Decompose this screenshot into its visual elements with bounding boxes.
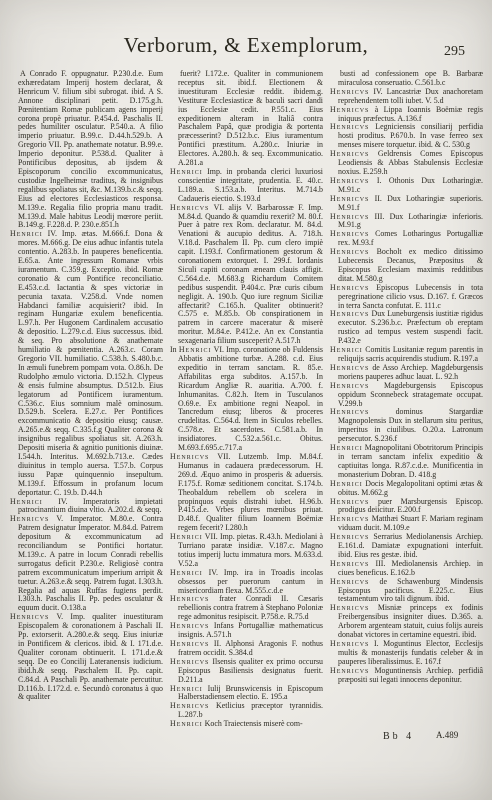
entry-headword: Henricvs (170, 621, 209, 630)
entry-headword: Henrici (170, 719, 203, 728)
index-entry: Henricvs II. Alphonsi Aragonis F. nothus… (170, 640, 323, 658)
index-entry: Henrici VII. Imp. pietas. R.43.h. Mediol… (170, 533, 323, 569)
entry-headword: Henricvs (330, 603, 369, 612)
page-number: 295 (444, 44, 465, 60)
entry-headword: Henricvs (330, 149, 369, 158)
running-title: Verborum, & Exemplorum, (0, 0, 492, 58)
entry-headword: Henricvs (330, 105, 369, 114)
index-entry: Henricvs Ilsensis qualiter ex primo occu… (170, 658, 323, 685)
index-entry: Henrici Imp. in probanda clerici luxurio… (170, 168, 323, 204)
entry-headword: Henrici (179, 345, 212, 354)
index-entry: Henricvs II. Dux Lotharingiæ superioris.… (330, 195, 483, 213)
index-entry: Henricvs Episcopus Lubecensis in tota pe… (330, 284, 483, 311)
index-entry: Henrici Magnopolitani Obotritorum Princi… (330, 444, 483, 480)
entry-headword: Henricvs (330, 212, 369, 221)
entry-headword: Henricvs (330, 309, 369, 318)
index-entry: Henricvs Matthæi Stuart F. Mariam regina… (330, 515, 483, 533)
entry-headword: Henricvs (10, 514, 49, 523)
index-entry: Henricvs VII. Lutzemb. Imp. M.84.f. Huma… (170, 453, 323, 533)
index-entry: Henricvs frater Conradi II. Cæsaris rebe… (170, 595, 323, 622)
entry-headword: Henricvs (330, 497, 369, 506)
entry-headword: Henricvs (330, 229, 369, 238)
entry-headword: Henrici (10, 497, 43, 506)
index-entry: In Henrici VI. Imp. coronatione ob Fulde… (170, 346, 323, 453)
entry-headword: Henricvs (10, 612, 49, 621)
entry-headword: Henricvs (330, 122, 369, 131)
column-2: fuerit? I.172.e. Qualiter in communionem… (170, 70, 323, 766)
index-entry: Henrici Iulij Brunswicensis in Episcopum… (170, 685, 323, 703)
entry-headword: Henricvs (330, 381, 369, 390)
index-entry: Henricvs Geldrensis Comes Episcopus Leod… (330, 150, 483, 177)
page-header: Verborum, & Exemplorum, 295 (0, 0, 492, 64)
index-entry: Henricvs I. Moguntinus Elector, Ecclesij… (330, 640, 483, 667)
index-entry: Henrici IV. Imp. ira in Troadis incolas … (170, 569, 323, 596)
index-entry: Henrici IV. Imp. ætas. M.666.f. Dona & m… (10, 230, 163, 497)
entry-headword: Henricvs (330, 514, 369, 523)
index-entry: Henricvs Comes Lotharingus Portugalliæ r… (330, 230, 483, 248)
index-entry: Henricvs dominus Stargardiæ Magnopolensi… (330, 408, 483, 444)
entry-headword: Henrici (330, 443, 363, 452)
entry-headword: Henrici (170, 532, 203, 541)
index-entry: Henricvs de Schawenburg Mindensis Episco… (330, 578, 483, 605)
index-entry: Henricvs Dux Luneburgensis iustitiæ rigi… (330, 310, 483, 346)
entry-headword: Henricvs (330, 577, 369, 586)
index-entry: fuerit? I.172.e. Qualiter in communionem… (170, 70, 323, 168)
entry-headword: Henricvs (330, 532, 369, 541)
index-entry: Henrici Comitis Lusitaniæ regum parentis… (330, 346, 483, 364)
index-entry: Henricvs Legniciensis consiliarij perfid… (330, 123, 483, 150)
entry-headword: Henricvs (170, 203, 209, 212)
index-entry: Henricvs Infans Portugalliæ mathematicus… (170, 622, 323, 640)
index-entry: Henricvs V. Imp. qualiter inuestituram E… (10, 613, 163, 702)
index-entry: A Conrado F. oppugnatur. P.230.d.e. Eum … (10, 70, 163, 230)
entry-headword: Henricvs (170, 452, 209, 461)
entry-headword: Henricvs (330, 363, 369, 372)
index-entry: Henricvs Bocholt ex medico ditissimo Lub… (330, 248, 483, 284)
index-entry: Henricvs III. Dux Lotharingiæ inferioris… (330, 213, 483, 231)
column-3: busti ad confessionem ope B. Barbaræ mir… (330, 70, 483, 766)
entry-headword: Henricvs (330, 639, 369, 648)
book-page: Verborum, & Exemplorum, 295 A Conrado F.… (0, 0, 492, 800)
entry-headword: Henrici (330, 479, 363, 488)
entry-headword: Henricvs (170, 639, 209, 648)
entry-headword: Henricvs (330, 666, 369, 675)
entry-headword: Henricvs (330, 176, 369, 185)
index-entry: Henricvs Serrarius Mediolanensis Archiep… (330, 533, 483, 560)
index-entry: Henricvs Ketlicius præceptor tyrannidis.… (170, 702, 323, 720)
index-entry: Henricvs VI. alijs V. Barbarossæ F. Imp.… (170, 204, 323, 347)
footer-page-ref: A.489 (436, 730, 458, 740)
index-entry: Henricvs de Asso Archiep. Magdeburgensis… (330, 364, 483, 382)
index-entry: Henricvs V. Imperator. M.80.e. Contra Pa… (10, 515, 163, 613)
index-entry: Henricvs Misniæ princeps ex fodinis Frei… (330, 604, 483, 640)
index-entry: Henricvs Magdeburgensis Episcopus oppidu… (330, 382, 483, 409)
entry-headword: Henricvs (330, 283, 369, 292)
entry-headword: Henricvs (330, 407, 369, 416)
index-entry: Henricvs Moguntinensis Archiep. perfidiâ… (330, 667, 483, 685)
entry-headword: Henrici (170, 167, 203, 176)
entry-headword: Henrici (330, 345, 363, 354)
entry-headword: Henricvs (170, 657, 209, 666)
index-entry: Henricvs puer Marsburgensis Episcop. pro… (330, 498, 483, 516)
signature-mark: Bb 4 (383, 731, 414, 742)
entry-headword: Henrici (170, 568, 203, 577)
index-entry: Henricvs I. Othonis Dux Lotharingiæ. M.9… (330, 177, 483, 195)
entry-headword: Henricvs (330, 87, 369, 96)
index-entry: Henricvs III. Mediolanensis Archiep. in … (330, 560, 483, 578)
entry-prefix: In (170, 345, 179, 354)
index-entry: Henrici Docis Megalopolitani optimi ætas… (330, 480, 483, 498)
entry-headword: Henrici (10, 229, 43, 238)
entry-headword: Henricvs (330, 194, 369, 203)
index-entry: Henrici IV. Imperatoris impietati patroc… (10, 498, 163, 516)
index-columns: A Conrado F. oppugnatur. P.230.d.e. Eum … (0, 64, 492, 766)
index-entry: busti ad confessionem ope B. Barbaræ mir… (330, 70, 483, 88)
entry-headword: Henrici (170, 684, 203, 693)
index-entry: Henricvs IV. Lancastriæ Dux anachoretam … (330, 88, 483, 106)
entry-headword: Henricvs (330, 559, 369, 568)
index-entry: Henricvs à Lippa Ioannis Boëmiæ regis in… (330, 106, 483, 124)
index-entry: Henrici Koch Traiectensis miserè com- (170, 720, 323, 729)
entry-headword: Henricvs (170, 594, 209, 603)
entry-headword: Henricvs (330, 247, 369, 256)
entry-headword: Henricvs (170, 701, 209, 710)
column-1: A Conrado F. oppugnatur. P.230.d.e. Eum … (10, 70, 163, 766)
